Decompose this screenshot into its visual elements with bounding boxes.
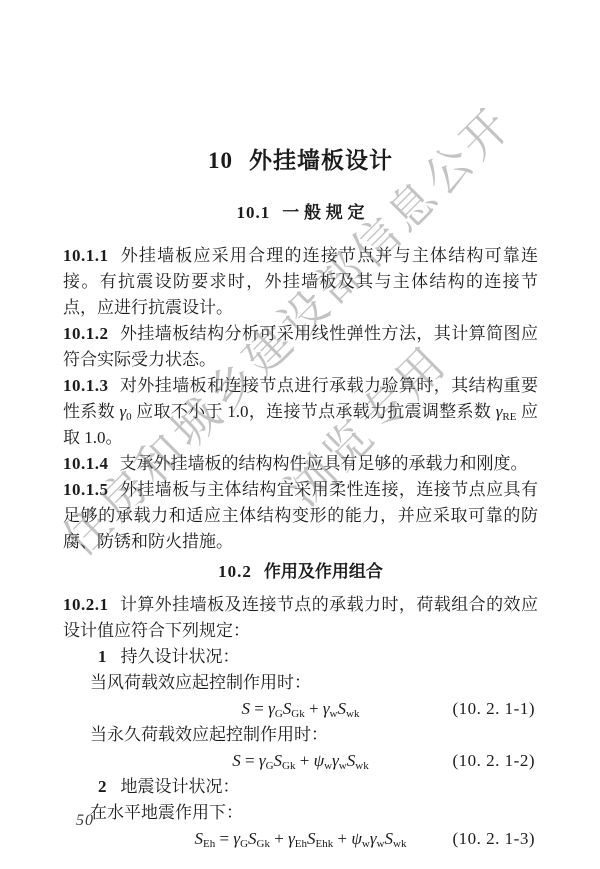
section-10-2-body: 10.2.1计算外挂墙板及连接节点的承载力时，荷载组合的效应设计值应符合下列规定…: [63, 592, 538, 852]
chapter-title: 10外挂墙板设计: [63, 146, 538, 176]
formula-row-1: S = γGSGk + γwSwk (10. 2. 1-1): [63, 696, 538, 722]
item-1-number: 1: [98, 647, 107, 666]
item-2-number: 2: [98, 777, 107, 796]
section-10-1-body: 10.1.1外挂墙板应采用合理的连接节点并与主体结构可靠连接。有抗震设防要求时，…: [63, 243, 538, 555]
clause-10-2-1: 10.2.1计算外挂墙板及连接节点的承载力时，荷载组合的效应设计值应符合下列规定…: [63, 592, 538, 644]
item-2-title: 地震设计状况：: [121, 777, 240, 796]
section-10-2-title: 作用及作用组合: [264, 562, 383, 581]
item-1: 1持久设计状况：: [63, 644, 538, 670]
clause-10-1-2: 10.1.2外挂墙板结构分析可采用线性弹性方法，其计算简图应符合实际受力状态。: [63, 321, 538, 373]
clause-10-1-4-label: 10.1.4: [63, 454, 109, 473]
formula-10-2-1-3: SEh = γGSGk + γEhSEhk + ψwγwSwk: [195, 829, 407, 848]
equation-number-3: (10. 2. 1-3): [453, 826, 535, 852]
document-page: 10外挂墙板设计 10.1一 般 规 定 10.1.1外挂墙板应采用合理的连接节…: [0, 0, 600, 869]
page-number: 50: [76, 812, 94, 830]
lead-wind: 当风荷载效应起控制作用时：: [63, 670, 538, 696]
clause-10-1-3-label: 10.1.3: [63, 376, 109, 395]
section-10-1-number: 10.1: [237, 203, 271, 222]
formula-row-3: SEh = γGSGk + γEhSEhk + ψwγwSwk (10. 2. …: [63, 826, 538, 852]
formula-10-2-1-2: S = γGSGk + ψwγwSwk: [232, 751, 368, 770]
section-heading-10-1: 10.1一 般 规 定: [63, 202, 538, 224]
clause-10-1-4: 10.1.4支承外挂墙板的结构构件应具有足够的承载力和刚度。: [63, 451, 538, 477]
clause-10-1-1: 10.1.1外挂墙板应采用合理的连接节点并与主体结构可靠连接。有抗震设防要求时，…: [63, 243, 538, 321]
clause-10-1-5-text: 外挂墙板与主体结构宜采用柔性连接，连接节点应具有足够的承载力和适应主体结构变形的…: [63, 480, 538, 551]
section-10-1-title: 一 般 规 定: [282, 203, 364, 222]
section-10-2-number: 10.2: [218, 562, 252, 581]
item-1-title: 持久设计状况：: [121, 647, 240, 666]
page-content: 10外挂墙板设计 10.1一 般 规 定 10.1.1外挂墙板应采用合理的连接节…: [63, 146, 538, 852]
chapter-title-text: 外挂墙板设计: [249, 148, 393, 173]
clause-10-1-3-text: 对外挂墙板和连接节点进行承载力验算时，其结构重要性系数 γ0 应取不小于 1.0…: [63, 376, 538, 447]
formula-10-2-1-1: S = γGSGk + γwSwk: [242, 699, 360, 718]
clause-10-1-4-text: 支承外挂墙板的结构构件应具有足够的承载力和刚度。: [120, 454, 528, 473]
clause-10-1-2-text: 外挂墙板结构分析可采用线性弹性方法，其计算简图应符合实际受力状态。: [63, 324, 538, 369]
item-2: 2地震设计状况：: [63, 774, 538, 800]
clause-10-2-1-text: 计算外挂墙板及连接节点的承载力时，荷载组合的效应设计值应符合下列规定：: [63, 595, 538, 640]
clause-10-1-2-label: 10.1.2: [63, 324, 109, 343]
clause-10-1-5-label: 10.1.5: [63, 480, 109, 499]
clause-10-1-1-label: 10.1.1: [63, 246, 109, 265]
chapter-number: 10: [208, 148, 233, 173]
clause-10-1-5: 10.1.5外挂墙板与主体结构宜采用柔性连接，连接节点应具有足够的承载力和适应主…: [63, 477, 538, 555]
equation-number-2: (10. 2. 1-2): [453, 748, 535, 774]
lead-permanent: 当永久荷载效应起控制作用时：: [63, 722, 538, 748]
lead-seismic: 在水平地震作用下：: [63, 800, 538, 826]
clause-10-2-1-label: 10.2.1: [63, 595, 109, 614]
formula-row-2: S = γGSGk + ψwγwSwk (10. 2. 1-2): [63, 748, 538, 774]
clause-10-1-3: 10.1.3对外挂墙板和连接节点进行承载力验算时，其结构重要性系数 γ0 应取不…: [63, 373, 538, 451]
section-heading-10-2: 10.2作用及作用组合: [63, 561, 538, 583]
equation-number-1: (10. 2. 1-1): [453, 696, 535, 722]
clause-10-1-1-text: 外挂墙板应采用合理的连接节点并与主体结构可靠连接。有抗震设防要求时，外挂墙板及其…: [63, 246, 538, 317]
